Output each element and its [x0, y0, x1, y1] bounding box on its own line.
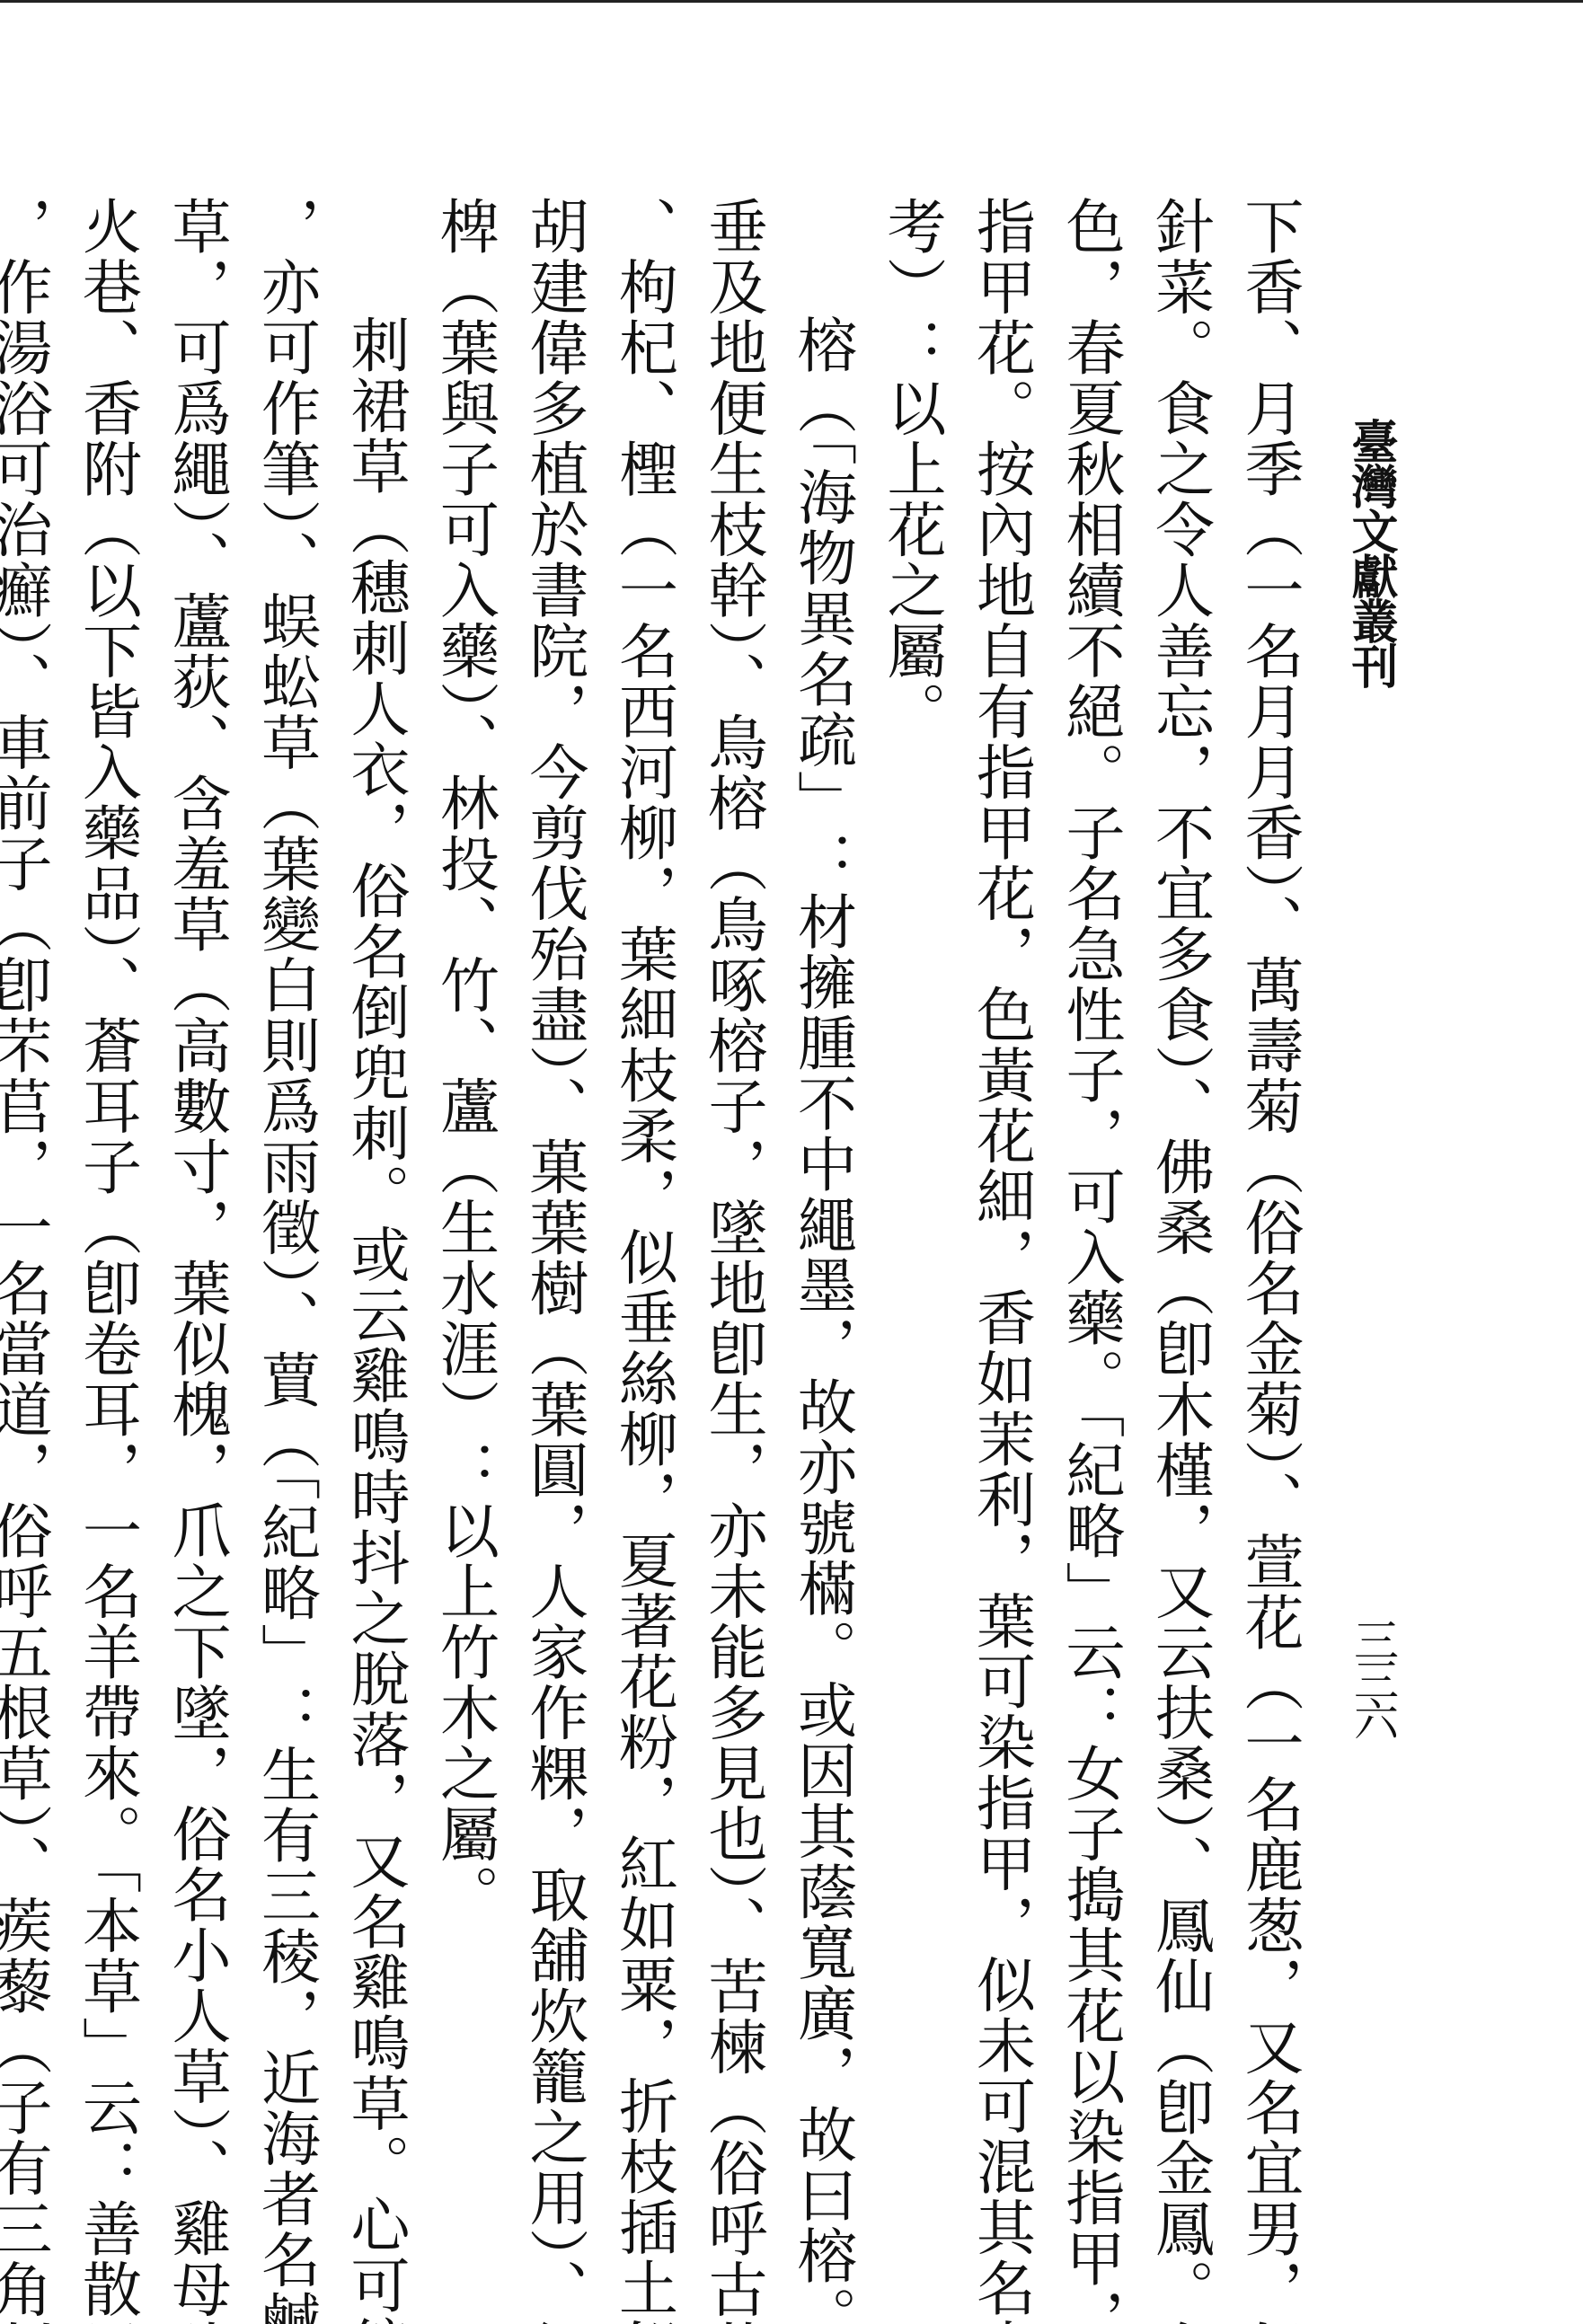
running-title: 臺灣文獻叢刊 [1339, 418, 1402, 687]
text-column: ，亦可作筆）、蜈蚣草（葉變白則爲雨徵）、蕒（「紀略」：生有三稜，近海者名鹹水 [241, 196, 331, 2136]
text-column-paragraph-start: 刺裙草（穗刺人衣，俗名倒兜刺。或云雞鳴時抖之脫落，又名雞鳴草。心可編爲笠 [331, 196, 420, 2136]
text-column: 考）：以上花之屬。 [867, 196, 957, 2136]
text-column-paragraph-start: 榕（「海物異名疏」：材擁腫不中繩墨，故亦號樠。或因其蔭寬廣，故曰榕。根下 [777, 196, 867, 2136]
text-column: 、枸杞、檉（一名西河柳，葉細枝柔，似垂絲柳，夏著花粉，紅如粟，折枝插土卽活。 [598, 196, 688, 2136]
text-column: 火巷、香附（以下皆入藥品）、蒼耳子（卽卷耳，一名羊帶來。「本草」云：善散風濕 [62, 196, 152, 2136]
text-column: 草，可爲繩）、蘆荻、含羞草（高數寸，葉似槐，爪之下墜，俗名小人草）、雞母珠、 [152, 196, 242, 2136]
page-number: 三三六 [1346, 1617, 1400, 1736]
text-column: 指甲花。按內地自有指甲花，色黃花細，香如茉利，葉可染指甲，似未可混其名也。俟 [956, 196, 1046, 2136]
text-column: 胡建偉多植於書院，今剪伐殆盡）、菓葉樹（葉圓，人家作粿，取舖炊籠之用）、紅茶 [509, 196, 599, 2136]
top-border-line [0, 0, 1583, 3]
text-column: 針菜。食之令人善忘，不宜多食）、佛桑（卽木槿，又云扶桑）、鳳仙（卽金鳳。有五 [1135, 196, 1225, 2136]
text-column: 椑（葉與子可入藥）、林投、竹、蘆（生水涯）：以上竹木之屬。 [420, 196, 509, 2136]
text-column: 色，春夏秋相續不絕。子名急性子，可入藥。「紀略」云：女子搗其花以染指甲，又名 [1046, 196, 1136, 2136]
text-column: 垂及地便生枝幹）、鳥榕（鳥啄榕子，墜地卽生，亦未能多見也）、苦楝（俗呼古苓） [688, 196, 778, 2136]
vertical-text-body: 下香、月季（一名月月香）、萬壽菊（俗名金菊）、萱花（一名鹿葱，又名宜男，卽金 針… [0, 196, 1313, 2136]
text-column: ，作湯浴可治癬）、車前子（卽芣苢，一名當道，俗呼五根草）、蒺藜（子有三角刺， [0, 196, 62, 2136]
text-column: 下香、月季（一名月月香）、萬壽菊（俗名金菊）、萱花（一名鹿葱，又名宜男，卽金 [1225, 196, 1314, 2136]
